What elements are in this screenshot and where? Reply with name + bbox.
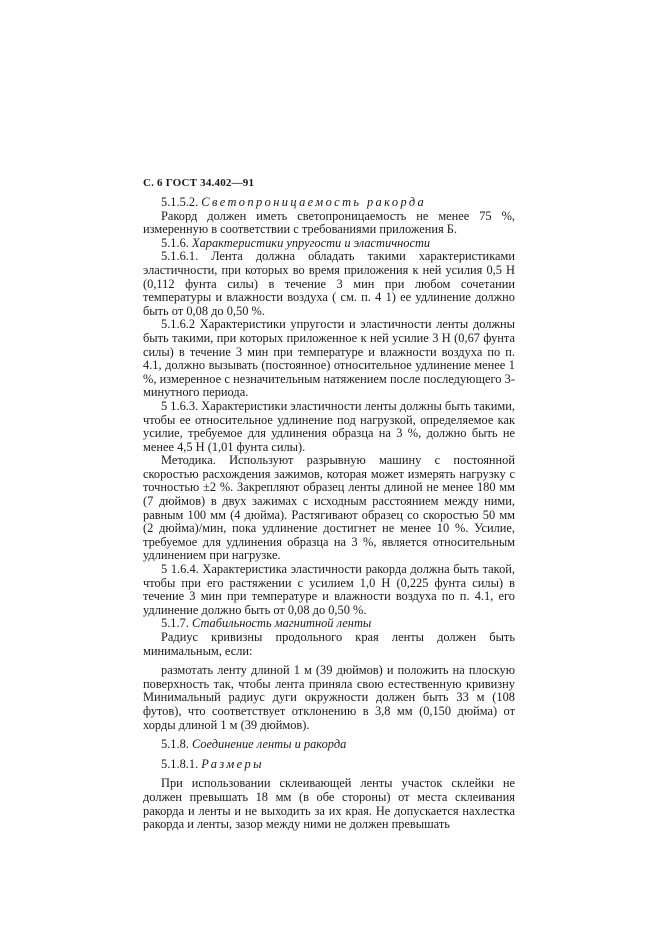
paragraph: При использовании склеивающей ленты учас…: [143, 777, 515, 831]
paragraph: размотать ленту длиной 1 м (39 дюймов) и…: [143, 664, 515, 732]
section-heading-5-1-8: 5.1.8. Соединение ленты и ракорда: [143, 738, 515, 752]
paragraph: 5 1.6.4. Характеристика эластичности рак…: [143, 563, 515, 617]
paragraph: Методика. Используют разрывную машину с …: [143, 454, 515, 563]
document-body: 5.1.5.2. Светопроницаемость ракорда Рако…: [143, 196, 515, 832]
paragraph: Ракорд должен иметь светопроницаемость н…: [143, 210, 515, 237]
section-heading-5-1-5-2: 5.1.5.2. Светопроницаемость ракорда: [143, 196, 515, 210]
section-heading-5-1-8-1: 5.1.8.1. Размеры: [143, 758, 515, 772]
paragraph: Радиус кривизны продольного края ленты д…: [143, 631, 515, 658]
paragraph: 5.1.6.2 Характеристики упругости и эласт…: [143, 318, 515, 400]
section-heading-5-1-7: 5.1.7. Стабильность магнитной ленты: [143, 617, 515, 631]
paragraph: 5.1.6.1. Лента должна обладать такими ха…: [143, 250, 515, 318]
paragraph: 5 1.6.3. Характеристики эластичности лен…: [143, 400, 515, 454]
section-heading-5-1-6: 5.1.6. Характеристики упругости и эласти…: [143, 237, 515, 251]
page-header: С. 6 ГОСТ 34.402—91: [143, 177, 254, 189]
